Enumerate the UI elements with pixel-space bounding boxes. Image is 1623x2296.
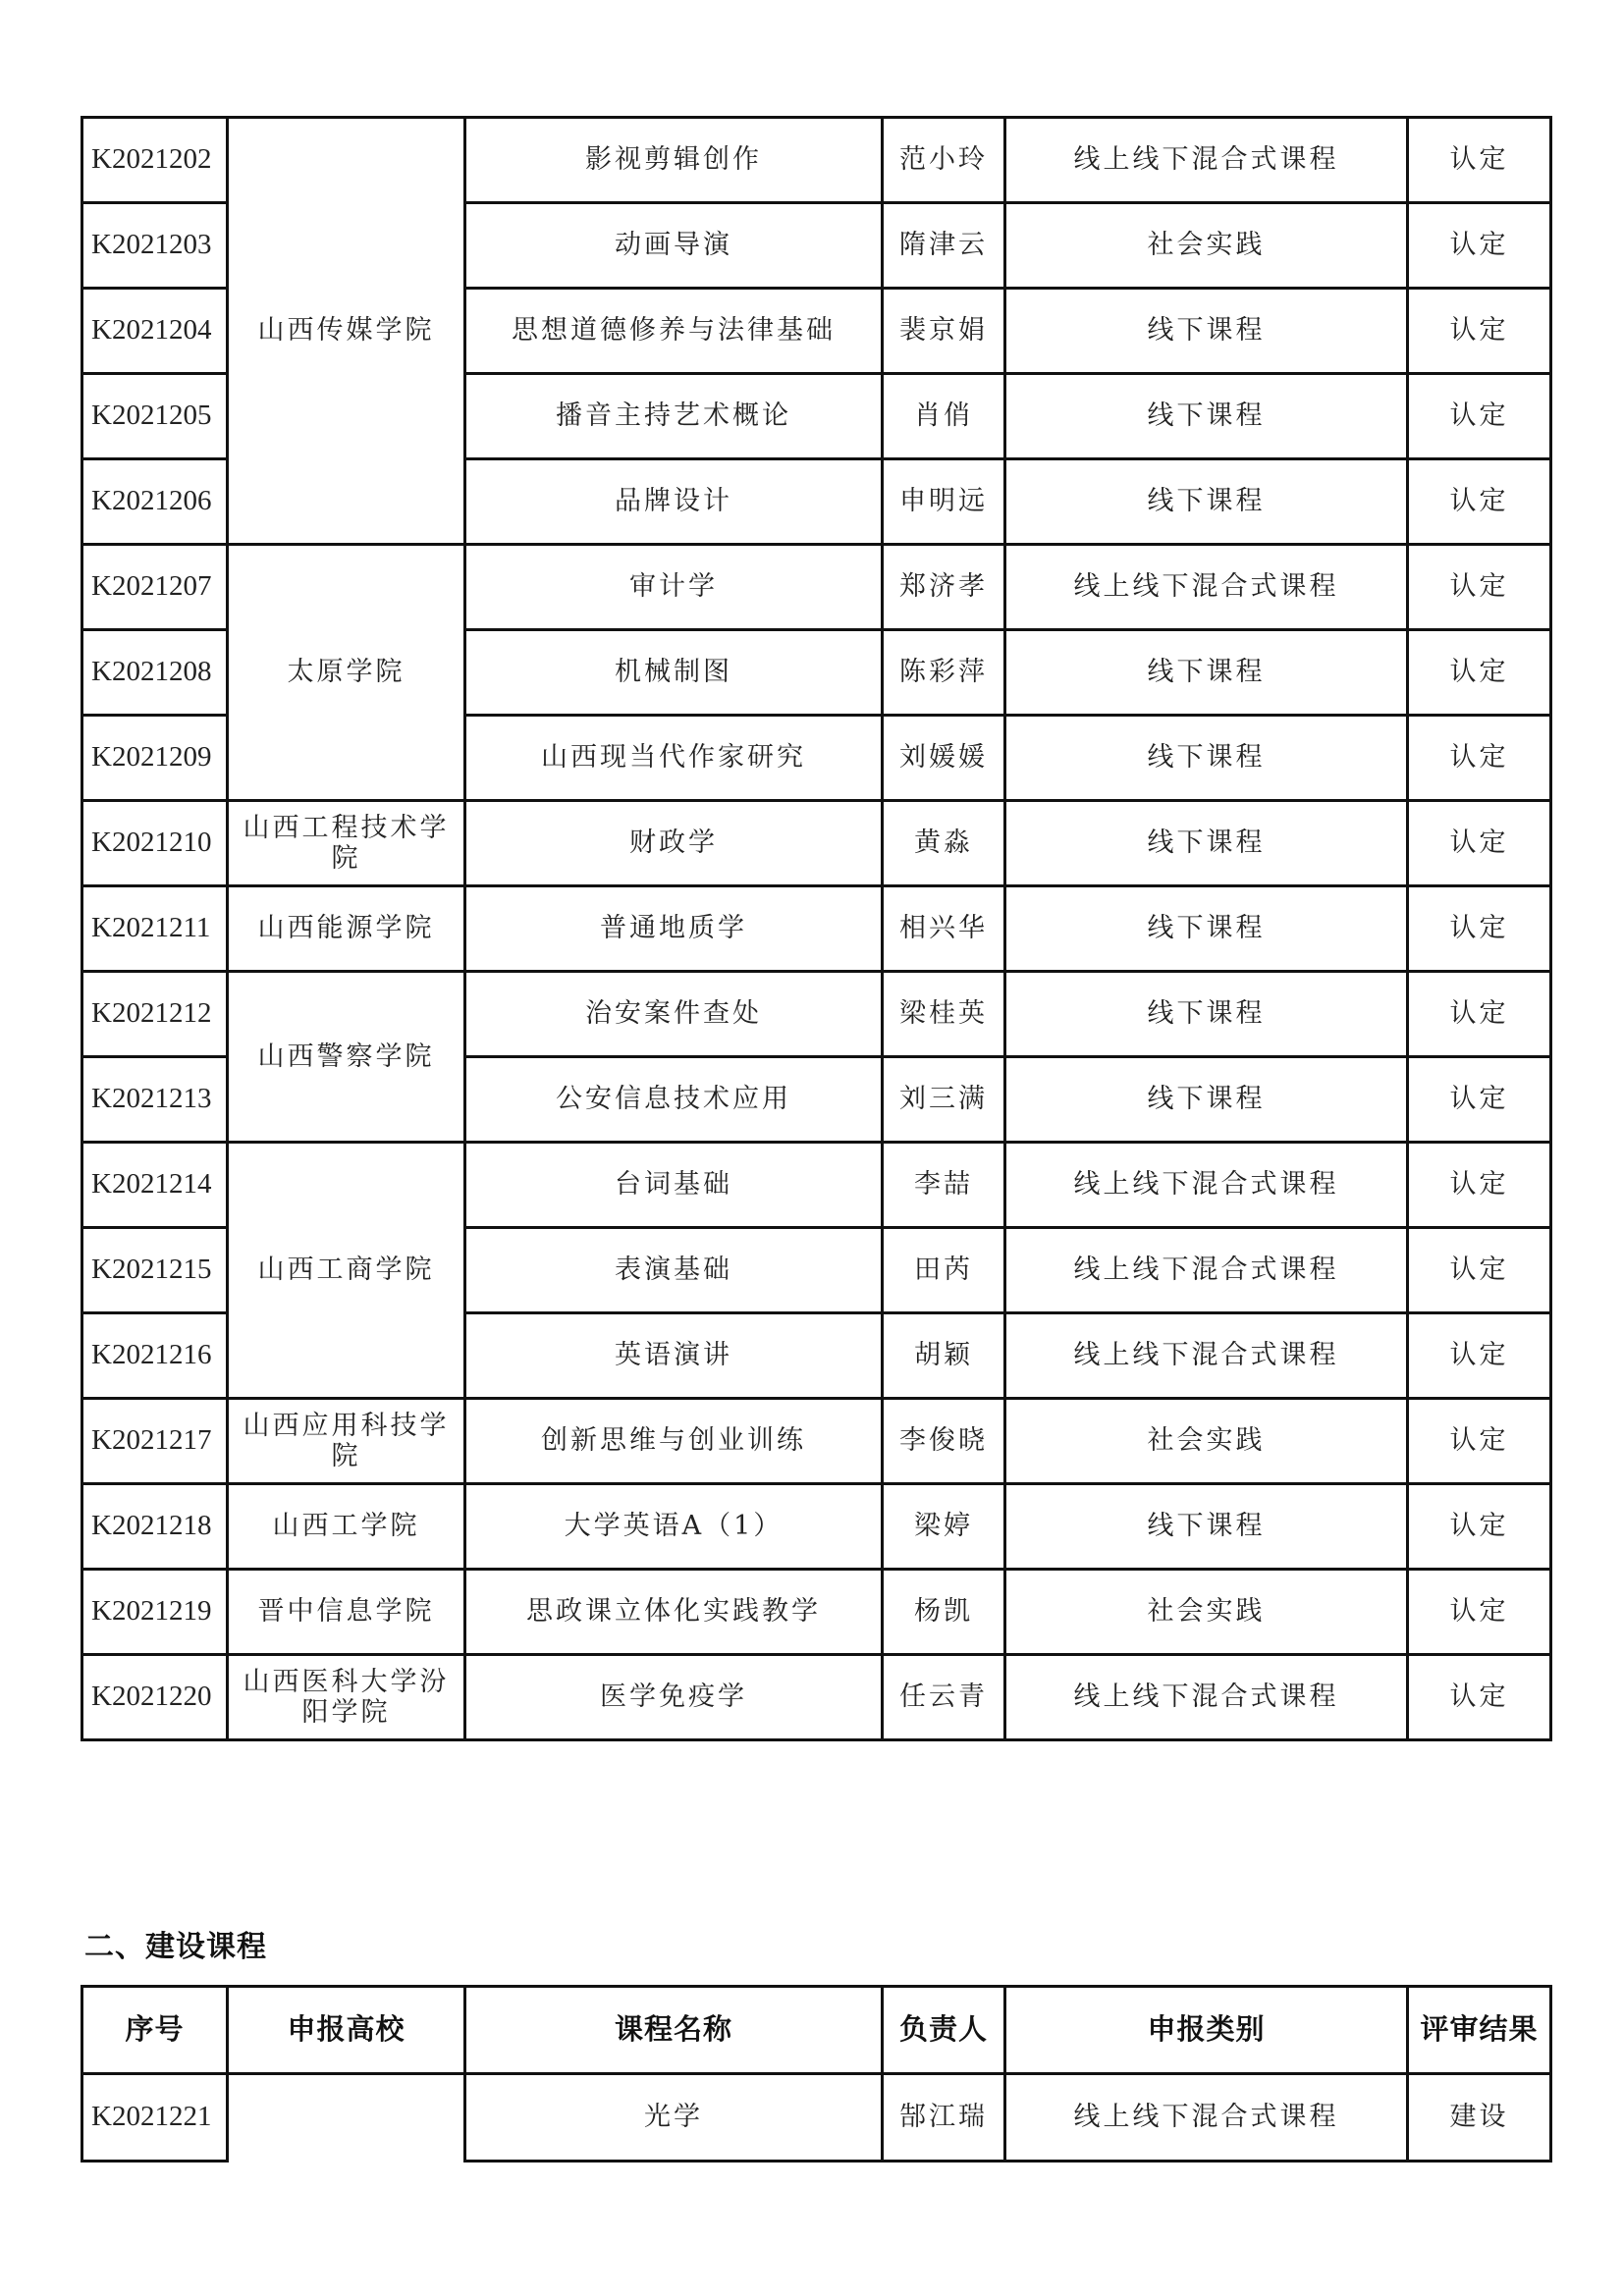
cell-code: K2021212: [82, 972, 228, 1057]
cell-type: 线上线下混合式课程: [1005, 1655, 1408, 1740]
cell-person: 相兴华: [883, 886, 1005, 972]
cell-result: 认定: [1408, 1228, 1551, 1313]
cell-school: [228, 2074, 465, 2162]
cell-course: 英语演讲: [465, 1313, 883, 1399]
cell-person: 刘三满: [883, 1057, 1005, 1143]
table-row: K2021211山西能源学院普通地质学相兴华线下课程认定: [82, 886, 1551, 972]
cell-course: 影视剪辑创作: [465, 118, 883, 203]
cell-result: 认定: [1408, 972, 1551, 1057]
cell-code: K2021220: [82, 1655, 228, 1740]
cell-person: 梁婷: [883, 1484, 1005, 1570]
table-row: K2021219晋中信息学院思政课立体化实践教学杨凯社会实践认定: [82, 1570, 1551, 1655]
cell-course: 山西现当代作家研究: [465, 716, 883, 801]
cell-result: 认定: [1408, 1313, 1551, 1399]
cell-type: 线下课程: [1005, 459, 1408, 545]
cell-course: 机械制图: [465, 630, 883, 716]
cell-person: 郑济孝: [883, 545, 1005, 630]
cell-type: 社会实践: [1005, 1570, 1408, 1655]
cell-code: K2021215: [82, 1228, 228, 1313]
cell-person: 申明远: [883, 459, 1005, 545]
table-row: K2021210山西工程技术学院财政学黄淼线下课程认定: [82, 801, 1551, 886]
cell-person: 郜江瑞: [883, 2074, 1005, 2162]
table-row: K2021218山西工学院大学英语A（1）梁婷线下课程认定: [82, 1484, 1551, 1570]
cell-result: 认定: [1408, 1143, 1551, 1228]
cell-type: 线下课程: [1005, 1484, 1408, 1570]
cell-course: 光学: [465, 2074, 883, 2162]
cell-type: 线上线下混合式课程: [1005, 2074, 1408, 2162]
cell-course: 思政课立体化实践教学: [465, 1570, 883, 1655]
table-row: K2021221 光学 郜江瑞 线上线下混合式课程 建设: [82, 2074, 1551, 2162]
cell-person: 裴京娟: [883, 289, 1005, 374]
cell-course: 播音主持艺术概论: [465, 374, 883, 459]
table-row: K2021217山西应用科技学院创新思维与创业训练李俊晓社会实践认定: [82, 1399, 1551, 1484]
cell-person: 刘媛媛: [883, 716, 1005, 801]
cell-course: 大学英语A（1）: [465, 1484, 883, 1570]
cell-type: 线下课程: [1005, 886, 1408, 972]
cell-type: 线上线下混合式课程: [1005, 1143, 1408, 1228]
cell-person: 李喆: [883, 1143, 1005, 1228]
cell-person: 范小玲: [883, 118, 1005, 203]
cell-result: 建设: [1408, 2074, 1551, 2162]
cell-result: 认定: [1408, 545, 1551, 630]
cell-code: K2021209: [82, 716, 228, 801]
cell-school: 山西应用科技学院: [228, 1399, 465, 1484]
cell-person: 李俊晓: [883, 1399, 1005, 1484]
cell-result: 认定: [1408, 203, 1551, 289]
cell-result: 认定: [1408, 1399, 1551, 1484]
cell-school: 山西医科大学汾阳学院: [228, 1655, 465, 1740]
cell-code: K2021206: [82, 459, 228, 545]
cell-result: 认定: [1408, 886, 1551, 972]
cell-result: 认定: [1408, 118, 1551, 203]
cell-course: 创新思维与创业训练: [465, 1399, 883, 1484]
cell-course: 表演基础: [465, 1228, 883, 1313]
cell-code: K2021218: [82, 1484, 228, 1570]
cell-code: K2021202: [82, 118, 228, 203]
cell-course: 医学免疫学: [465, 1655, 883, 1740]
cell-type: 线上线下混合式课程: [1005, 545, 1408, 630]
header-code: 序号: [82, 1987, 228, 2074]
cell-type: 社会实践: [1005, 1399, 1408, 1484]
cell-school: 山西能源学院: [228, 886, 465, 972]
cell-code: K2021221: [82, 2074, 228, 2162]
cell-course: 普通地质学: [465, 886, 883, 972]
cell-course: 品牌设计: [465, 459, 883, 545]
header-course: 课程名称: [465, 1987, 883, 2074]
cell-person: 杨凯: [883, 1570, 1005, 1655]
cell-result: 认定: [1408, 716, 1551, 801]
document-page: K2021202山西传媒学院影视剪辑创作范小玲线上线下混合式课程认定K20212…: [0, 0, 1623, 2296]
table-row: K2021220山西医科大学汾阳学院医学免疫学任云青线上线下混合式课程认定: [82, 1655, 1551, 1740]
cell-school: 太原学院: [228, 545, 465, 801]
cell-type: 线下课程: [1005, 630, 1408, 716]
cell-code: K2021213: [82, 1057, 228, 1143]
cell-result: 认定: [1408, 801, 1551, 886]
approved-courses-table: K2021202山西传媒学院影视剪辑创作范小玲线上线下混合式课程认定K20212…: [81, 116, 1552, 1741]
cell-person: 田芮: [883, 1228, 1005, 1313]
header-person: 负责人: [883, 1987, 1005, 2074]
cell-code: K2021219: [82, 1570, 228, 1655]
cell-code: K2021208: [82, 630, 228, 716]
cell-person: 陈彩萍: [883, 630, 1005, 716]
cell-type: 线下课程: [1005, 289, 1408, 374]
cell-course: 动画导演: [465, 203, 883, 289]
cell-result: 认定: [1408, 374, 1551, 459]
cell-school: 山西工程技术学院: [228, 801, 465, 886]
cell-type: 线下课程: [1005, 1057, 1408, 1143]
cell-person: 肖俏: [883, 374, 1005, 459]
header-type: 申报类别: [1005, 1987, 1408, 2074]
cell-school: 晋中信息学院: [228, 1570, 465, 1655]
cell-type: 线上线下混合式课程: [1005, 118, 1408, 203]
cell-code: K2021216: [82, 1313, 228, 1399]
cell-code: K2021217: [82, 1399, 228, 1484]
construction-courses-table: 序号 申报高校 课程名称 负责人 申报类别 评审结果 K2021221 光学 郜…: [81, 1985, 1552, 2163]
cell-type: 线上线下混合式课程: [1005, 1313, 1408, 1399]
cell-course: 财政学: [465, 801, 883, 886]
cell-course: 治安案件查处: [465, 972, 883, 1057]
table-row: K2021207太原学院审计学郑济孝线上线下混合式课程认定: [82, 545, 1551, 630]
cell-result: 认定: [1408, 630, 1551, 716]
cell-course: 审计学: [465, 545, 883, 630]
cell-person: 任云青: [883, 1655, 1005, 1740]
table-header-row: 序号 申报高校 课程名称 负责人 申报类别 评审结果: [82, 1987, 1551, 2074]
cell-type: 线下课程: [1005, 716, 1408, 801]
cell-code: K2021207: [82, 545, 228, 630]
cell-code: K2021204: [82, 289, 228, 374]
cell-course: 公安信息技术应用: [465, 1057, 883, 1143]
cell-type: 线上线下混合式课程: [1005, 1228, 1408, 1313]
cell-code: K2021205: [82, 374, 228, 459]
cell-type: 线下课程: [1005, 972, 1408, 1057]
cell-type: 社会实践: [1005, 203, 1408, 289]
cell-person: 隋津云: [883, 203, 1005, 289]
cell-type: 线下课程: [1005, 801, 1408, 886]
cell-result: 认定: [1408, 1655, 1551, 1740]
cell-result: 认定: [1408, 1484, 1551, 1570]
header-school: 申报高校: [228, 1987, 465, 2074]
cell-result: 认定: [1408, 459, 1551, 545]
approved-courses-table-body: K2021202山西传媒学院影视剪辑创作范小玲线上线下混合式课程认定K20212…: [82, 118, 1551, 1740]
cell-type: 线下课程: [1005, 374, 1408, 459]
cell-school: 山西传媒学院: [228, 118, 465, 545]
cell-person: 梁桂英: [883, 972, 1005, 1057]
cell-code: K2021211: [82, 886, 228, 972]
cell-course: 台词基础: [465, 1143, 883, 1228]
cell-school: 山西警察学院: [228, 972, 465, 1143]
cell-code: K2021203: [82, 203, 228, 289]
cell-result: 认定: [1408, 289, 1551, 374]
table-row: K2021212山西警察学院治安案件查处梁桂英线下课程认定: [82, 972, 1551, 1057]
cell-code: K2021210: [82, 801, 228, 886]
cell-code: K2021214: [82, 1143, 228, 1228]
table-row: K2021202山西传媒学院影视剪辑创作范小玲线上线下混合式课程认定: [82, 118, 1551, 203]
header-result: 评审结果: [1408, 1987, 1551, 2074]
cell-school: 山西工商学院: [228, 1143, 465, 1399]
cell-person: 胡颖: [883, 1313, 1005, 1399]
cell-school: 山西工学院: [228, 1484, 465, 1570]
section-heading-construction-courses: 二、建设课程: [84, 1922, 267, 1965]
cell-course: 思想道德修养与法律基础: [465, 289, 883, 374]
cell-result: 认定: [1408, 1570, 1551, 1655]
table-row: K2021214山西工商学院台词基础李喆线上线下混合式课程认定: [82, 1143, 1551, 1228]
cell-result: 认定: [1408, 1057, 1551, 1143]
cell-person: 黄淼: [883, 801, 1005, 886]
